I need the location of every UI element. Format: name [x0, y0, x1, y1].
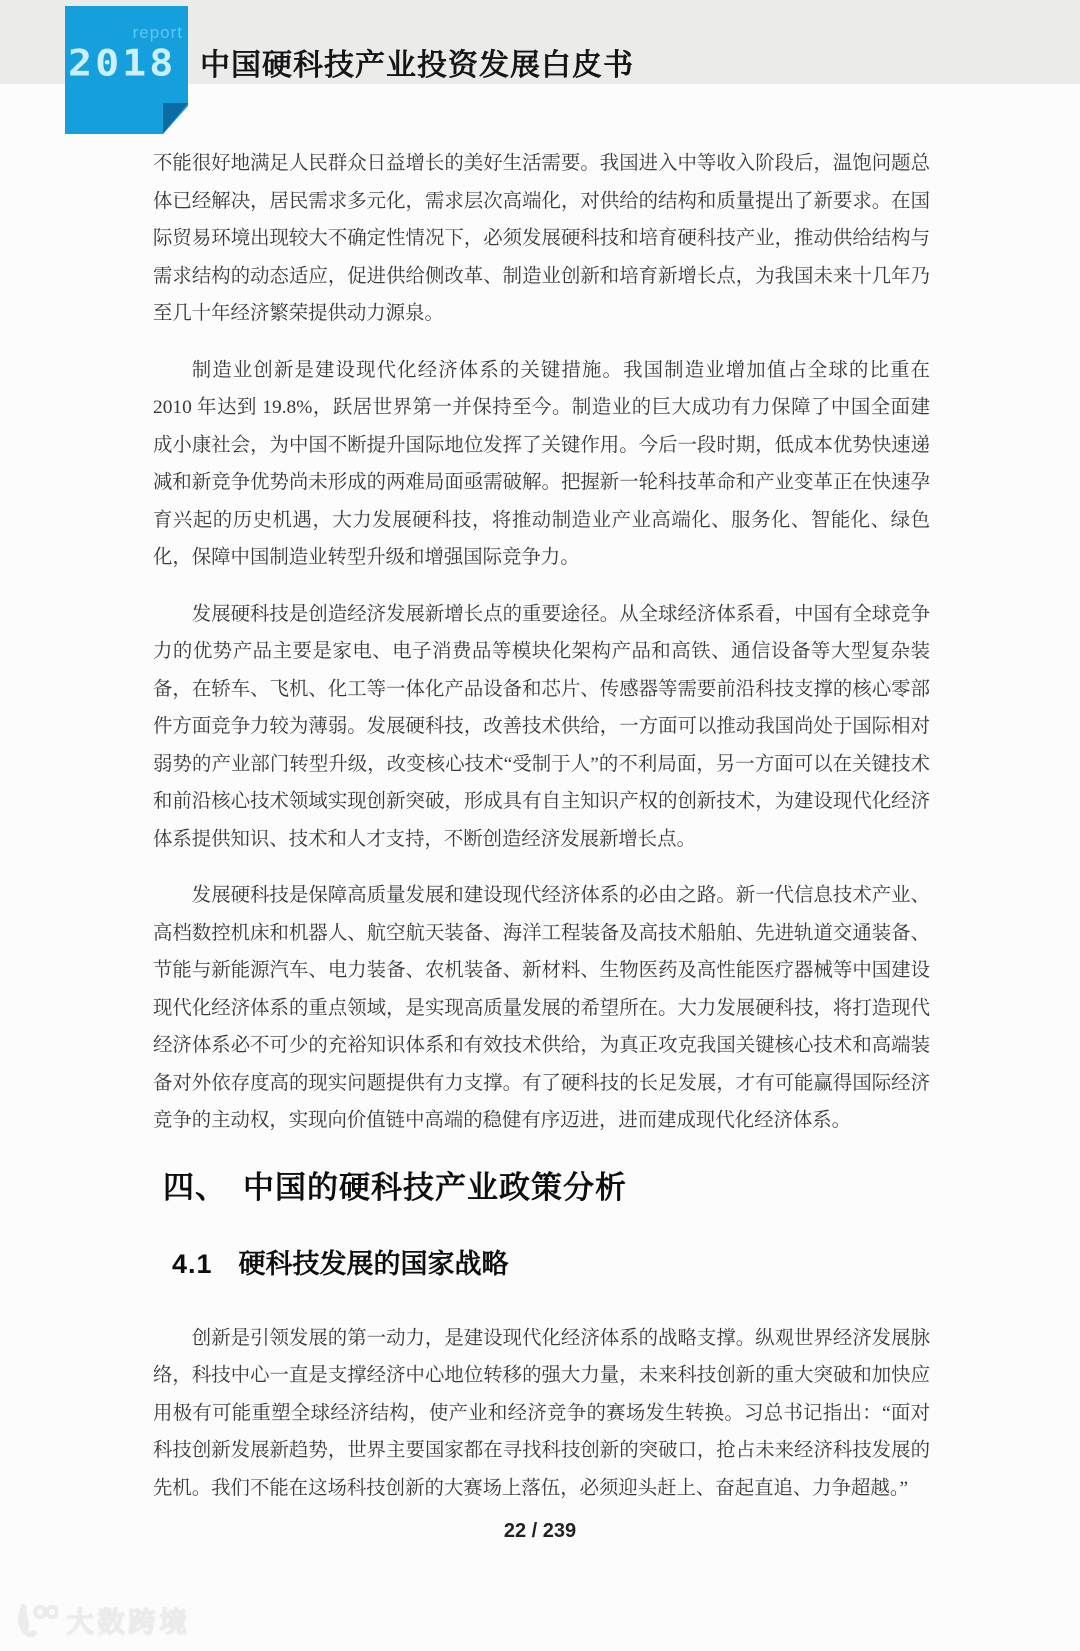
section-heading-title: 中国的硬科技产业政策分析 [243, 1170, 627, 1205]
folded-corner-icon [163, 103, 188, 134]
subsection-heading-number: 4.1 [172, 1249, 213, 1279]
logo-report-label: report [133, 23, 183, 43]
body-paragraph: 创新是引领发展的第一动力，是建设现代化经济体系的战略支撑。纵观世界经济发展脉络，… [153, 1320, 930, 1508]
document-body: 不能很好地满足人民群众日益增长的美好生活需要。我国进入中等收入阶段后，温饱问题总… [153, 145, 930, 1507]
subsection-heading-title: 硬科技发展的国家战略 [239, 1249, 509, 1279]
body-paragraph: 制造业创新是建设现代化经济体系的关键措施。我国制造业增加值占全球的比重在 201… [153, 352, 930, 577]
report-2018-logo: report 2018 [65, 6, 188, 134]
subsection-heading: 4.1硬科技发展的国家战略 [172, 1246, 930, 1282]
watermark-text: 大数跨境 [66, 1600, 190, 1640]
section-heading-number: 四、 [163, 1170, 227, 1205]
watermark: 大数跨境 [14, 1598, 190, 1642]
body-paragraph: 发展硬科技是保障高质量发展和建设现代经济体系的必由之路。新一代信息技术产业、高档… [153, 877, 930, 1140]
logo-year: 2018 [68, 45, 176, 82]
body-paragraph: 不能很好地满足人民群众日益增长的美好生活需要。我国进入中等收入阶段后，温饱问题总… [153, 145, 930, 333]
document-title: 中国硬科技产业投资发展白皮书 [200, 40, 634, 84]
watermark-logo-icon [14, 1600, 58, 1640]
page-number: 22 / 239 [0, 1520, 1080, 1543]
section-heading: 四、中国的硬科技产业政策分析 [163, 1166, 930, 1210]
body-paragraph: 发展硬科技是创造经济发展新增长点的重要途径。从全球经济体系看，中国有全球竞争力的… [153, 596, 930, 859]
